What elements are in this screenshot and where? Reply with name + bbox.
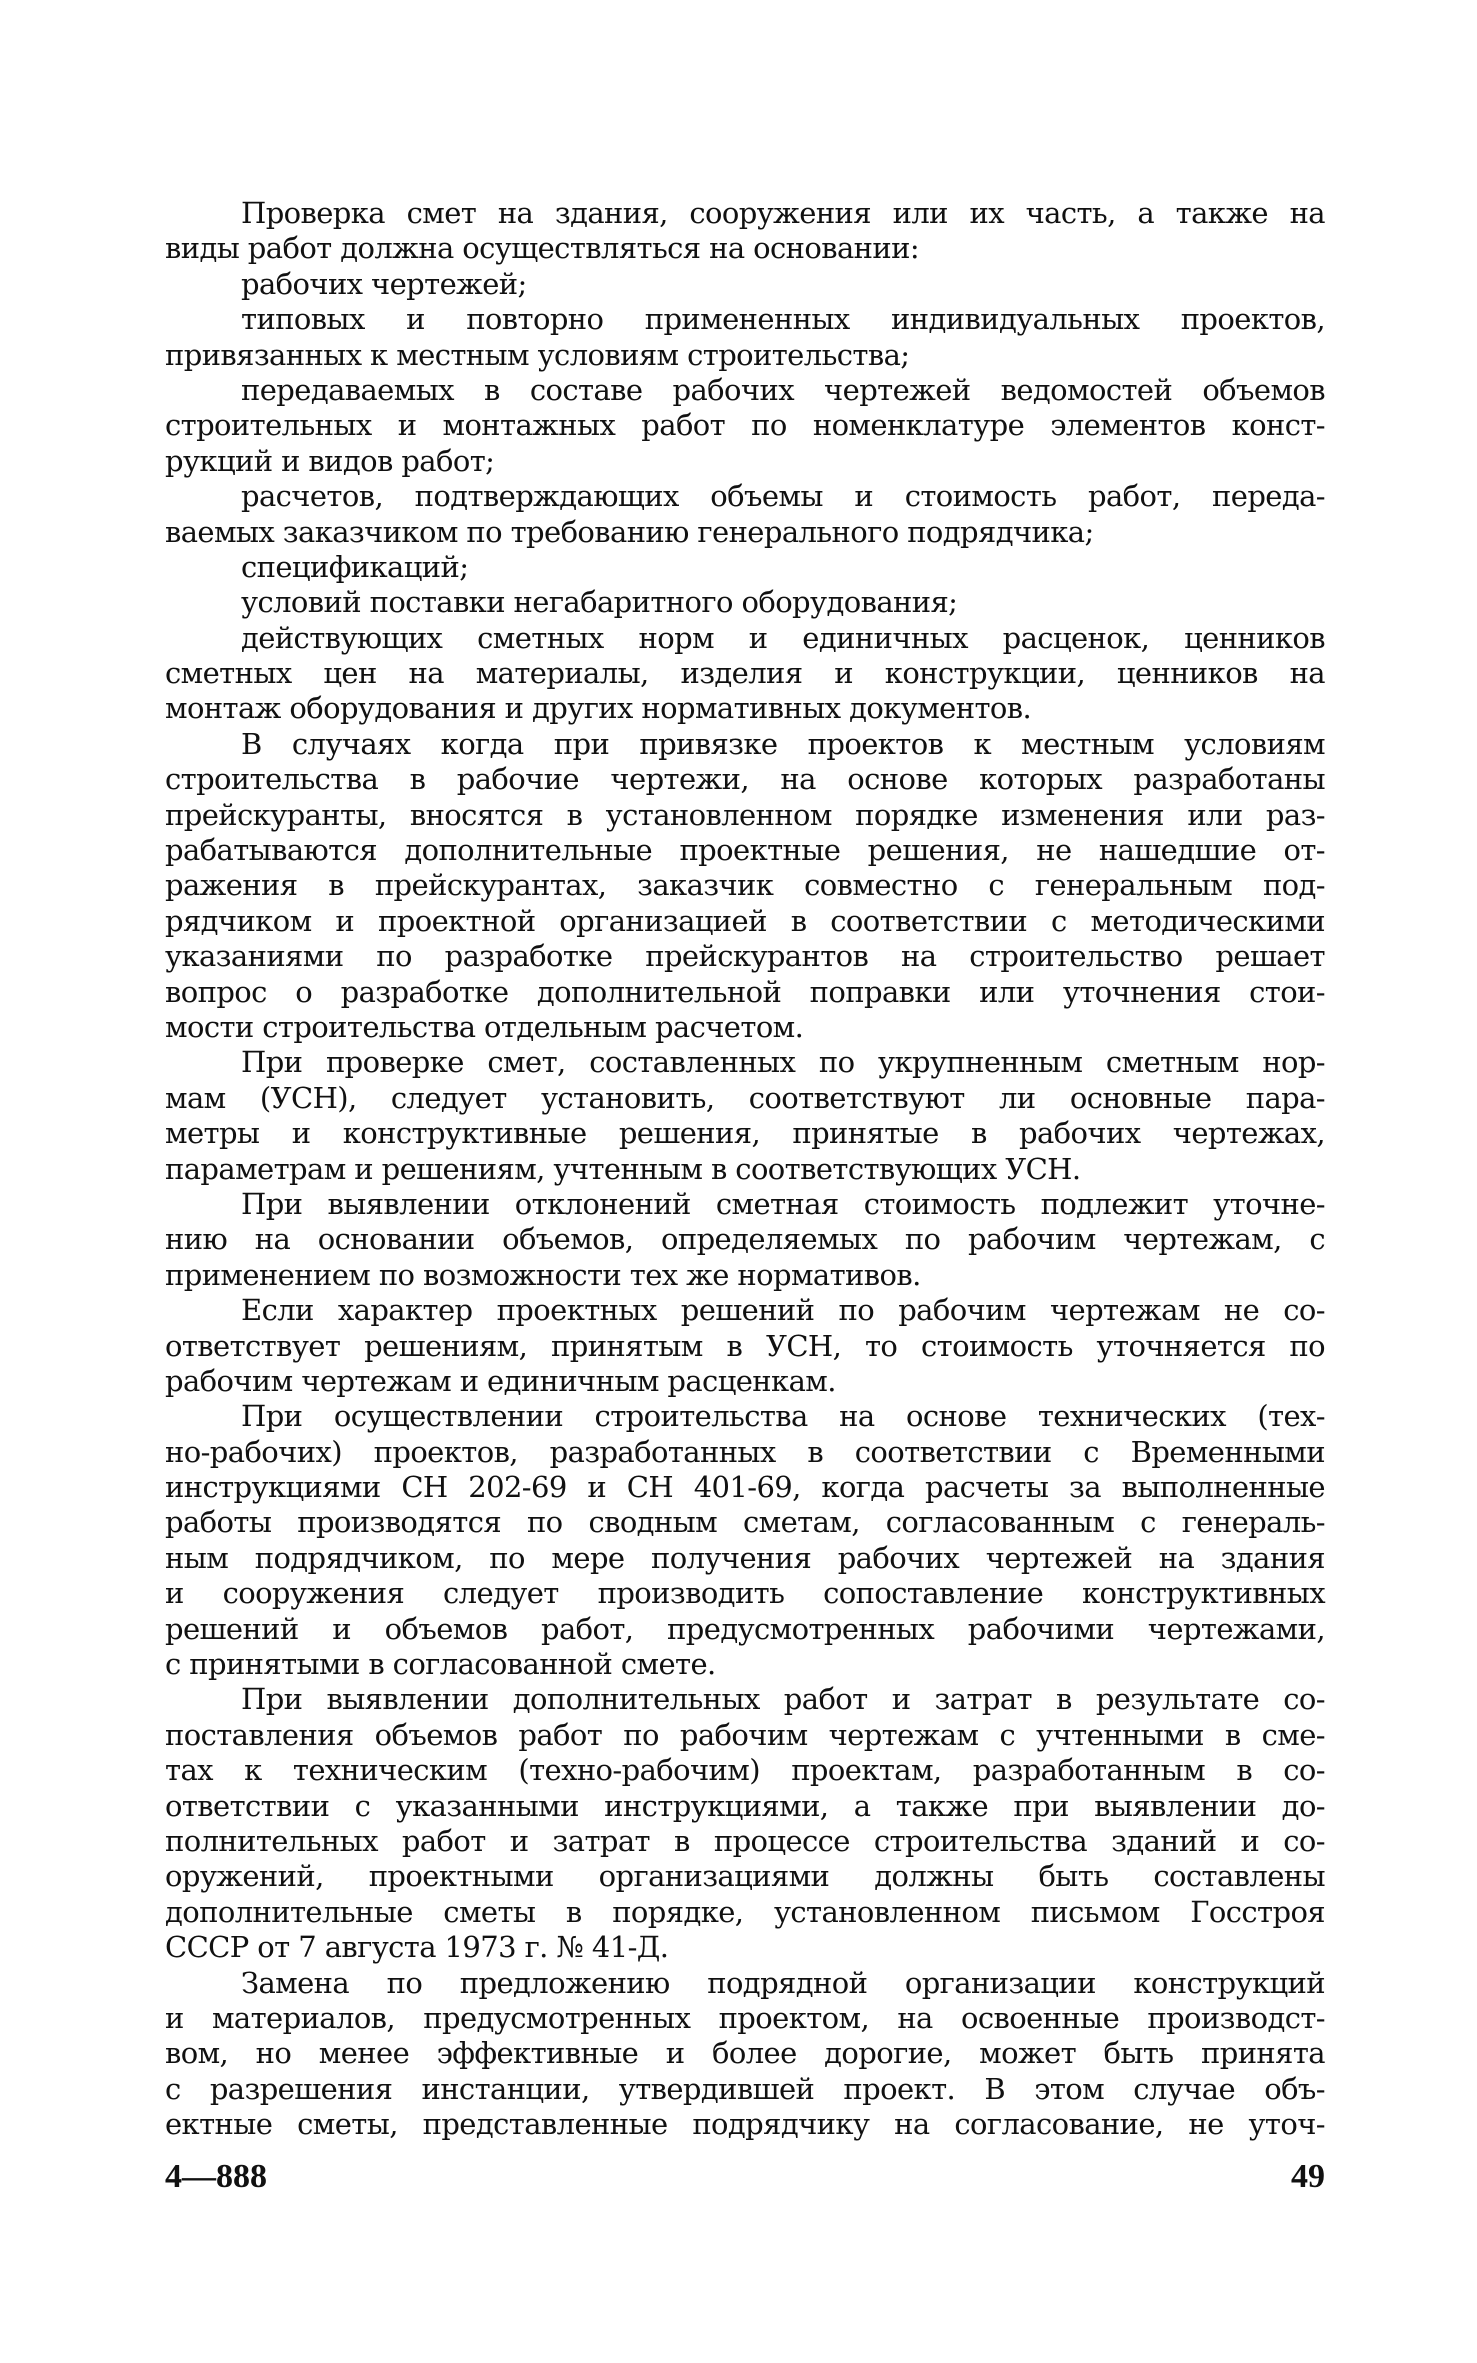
text-line: и материалов, предусмотренных проектом, … — [165, 2001, 1325, 2036]
paragraph: расчетов, подтверждающих объемы и стоимо… — [165, 479, 1325, 550]
paragraph: рабочих чертежей; — [165, 267, 1325, 302]
paragraph: При проверке смет, составленных по укруп… — [165, 1045, 1325, 1187]
paragraph: действующих сметных норм и единичных рас… — [165, 621, 1325, 727]
text-line: тах к техническим (техно-рабочим) проект… — [165, 1753, 1325, 1788]
text-line: нию на основании объемов, определяемых п… — [165, 1222, 1325, 1257]
text-line: типовых и повторно примененных индивидуа… — [165, 302, 1325, 337]
text-line: виды работ должна осуществляться на осно… — [165, 231, 1325, 266]
text-line: спецификаций; — [165, 550, 1325, 585]
paragraph: При выявлении дополнительных работ и зат… — [165, 1682, 1325, 1965]
document-body: Проверка смет на здания, сооружения или … — [165, 196, 1325, 2142]
text-line: действующих сметных норм и единичных рас… — [165, 621, 1325, 656]
paragraph: спецификаций; — [165, 550, 1325, 585]
text-line: и сооружения следует производить сопоста… — [165, 1576, 1325, 1611]
text-line: рабатываются дополнительные проектные ре… — [165, 833, 1325, 868]
paragraph: типовых и повторно примененных индивидуа… — [165, 302, 1325, 373]
text-line: В случаях когда при привязке проектов к … — [165, 727, 1325, 762]
text-line: метры и конструктивные решения, принятые… — [165, 1116, 1325, 1151]
text-line: прейскуранты, вносятся в установленном п… — [165, 798, 1325, 833]
paragraph: Проверка смет на здания, сооружения или … — [165, 196, 1325, 267]
text-line: рабочим чертежам и единичным расценкам. — [165, 1364, 1325, 1399]
paragraph: В случаях когда при привязке проектов к … — [165, 727, 1325, 1046]
page-number: 49 — [1291, 2158, 1325, 2196]
text-line: работы производятся по сводным сметам, с… — [165, 1505, 1325, 1540]
paragraph: передаваемых в составе рабочих чертежей … — [165, 373, 1325, 479]
text-line: передаваемых в составе рабочих чертежей … — [165, 373, 1325, 408]
text-line: оружений, проектными организациями должн… — [165, 1859, 1325, 1894]
text-line: При выявлении отклонений сметная стоимос… — [165, 1187, 1325, 1222]
text-line: При проверке смет, составленных по укруп… — [165, 1045, 1325, 1080]
text-line: рабочих чертежей; — [165, 267, 1325, 302]
text-line: вопрос о разработке дополнительной попра… — [165, 975, 1325, 1010]
paragraph: Замена по предложению подрядной организа… — [165, 1966, 1325, 2143]
text-line: строительства в рабочие чертежи, на осно… — [165, 762, 1325, 797]
text-line: ответствии с указанными инструкциями, а … — [165, 1789, 1325, 1824]
text-line: но-рабочих) проектов, разработанных в со… — [165, 1435, 1325, 1470]
text-line: СССР от 7 августа 1973 г. № 41-Д. — [165, 1930, 1325, 1965]
text-line: рукций и видов работ; — [165, 444, 1325, 479]
text-line: При выявлении дополнительных работ и зат… — [165, 1682, 1325, 1717]
text-line: монтаж оборудования и других нормативных… — [165, 691, 1325, 726]
text-line: Замена по предложению подрядной организа… — [165, 1966, 1325, 2001]
text-line: дополнительные сметы в порядке, установл… — [165, 1895, 1325, 1930]
text-line: ражения в прейскурантах, заказчик совмес… — [165, 868, 1325, 903]
text-line: расчетов, подтверждающих объемы и стоимо… — [165, 479, 1325, 514]
text-line: инструкциями СН 202-69 и СН 401-69, когд… — [165, 1470, 1325, 1505]
page-footer: 4—888 49 — [165, 2158, 1325, 2196]
paragraph: Если характер проектных решений по рабоч… — [165, 1293, 1325, 1399]
text-line: ответствует решениям, принятым в УСН, то… — [165, 1329, 1325, 1364]
text-line: ным подрядчиком, по мере получения рабоч… — [165, 1541, 1325, 1576]
text-line: ектные сметы, представленные подрядчику … — [165, 2107, 1325, 2142]
text-line: полнительных работ и затрат в процессе с… — [165, 1824, 1325, 1859]
paragraph: условий поставки негабаритного оборудова… — [165, 585, 1325, 620]
text-line: мости строительства отдельным расчетом. — [165, 1010, 1325, 1045]
text-line: рядчиком и проектной организацией в соот… — [165, 904, 1325, 939]
printer-signature: 4—888 — [165, 2158, 267, 2196]
text-line: Если характер проектных решений по рабоч… — [165, 1293, 1325, 1328]
text-line: решений и объемов работ, предусмотренных… — [165, 1612, 1325, 1647]
text-line: условий поставки негабаритного оборудова… — [165, 585, 1325, 620]
text-line: ваемых заказчиком по требованию генераль… — [165, 515, 1325, 550]
text-line: поставления объемов работ по рабочим чер… — [165, 1718, 1325, 1753]
text-line: вом, но менее эффективные и более дороги… — [165, 2036, 1325, 2071]
text-line: сметных цен на материалы, изделия и конс… — [165, 656, 1325, 691]
paragraph: При осуществлении строительства на основ… — [165, 1399, 1325, 1682]
text-line: параметрам и решениям, учтенным в соотве… — [165, 1152, 1325, 1187]
text-line: строительных и монтажных работ по номенк… — [165, 408, 1325, 443]
text-line: мам (УСН), следует установить, соответст… — [165, 1081, 1325, 1116]
text-line: При осуществлении строительства на основ… — [165, 1399, 1325, 1434]
text-line: привязанных к местным условиям строитель… — [165, 338, 1325, 373]
text-line: указаниями по разработке прейскурантов н… — [165, 939, 1325, 974]
text-line: применением по возможности тех же нормат… — [165, 1258, 1325, 1293]
text-line: Проверка смет на здания, сооружения или … — [165, 196, 1325, 231]
paragraph: При выявлении отклонений сметная стоимос… — [165, 1187, 1325, 1293]
text-line: с разрешения инстанции, утвердившей прое… — [165, 2072, 1325, 2107]
text-line: с принятыми в согласованной смете. — [165, 1647, 1325, 1682]
